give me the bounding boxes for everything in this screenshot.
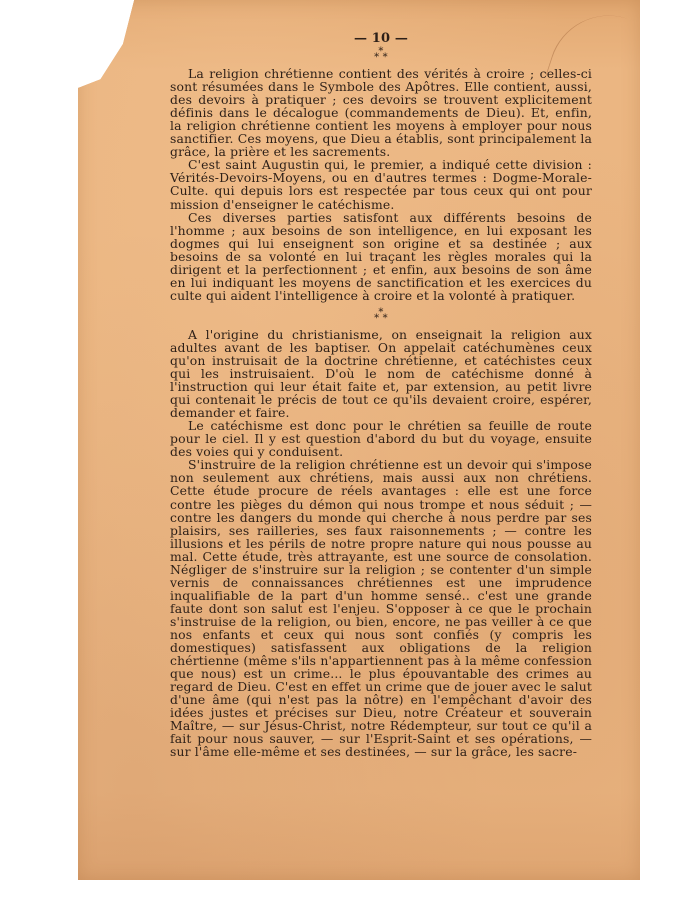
paragraph: A l'origine du christianisme, on enseign… (170, 328, 592, 419)
asterism-separator: * * * (170, 310, 592, 322)
page-number: — 10 — (170, 32, 592, 45)
asterism-separator: * * * (170, 49, 592, 61)
paragraph: S'instruire de la religion chrétienne es… (170, 458, 592, 758)
paragraph: Ces diverses parties satisfont aux diffé… (170, 211, 592, 302)
paragraph: C'est saint Augustin qui, le premier, a … (170, 158, 592, 210)
text-column: — 10 — * * * La religion chrétienne cont… (170, 32, 592, 758)
paragraph: La religion chrétienne contient des véri… (170, 67, 592, 158)
asterism-bottom: * * (170, 55, 592, 61)
paragraph: Le catéchisme est donc pour le chrétien … (170, 419, 592, 458)
asterism-bottom: * * (170, 316, 592, 322)
